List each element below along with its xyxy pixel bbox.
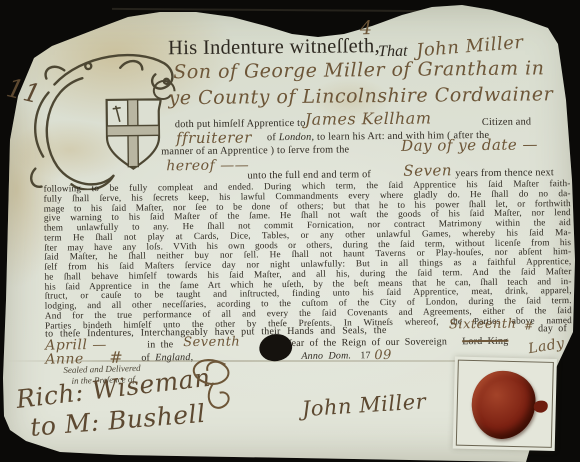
photo-backdrop: 11 4 His Indenture witneſſeth, That John… xyxy=(0,0,580,462)
term-years-hand: Seven xyxy=(403,161,452,180)
unto-term-text: unto the full end and term of xyxy=(247,169,371,181)
lady-hand: Lady xyxy=(527,335,566,357)
reign-text: Year of the Reign of our Sovereign xyxy=(285,336,447,349)
trade-name: ffruiterer xyxy=(176,128,252,147)
master-name: James Kellham xyxy=(305,109,432,129)
regnal-year-hand: Seventh xyxy=(183,335,240,351)
indenture-opening-text: His Indenture witneſſeth, xyxy=(168,35,380,60)
year-print: 17 xyxy=(360,350,371,361)
day-word-hand: Sixteenth xyxy=(449,317,517,333)
margin-tally-marks: 11 xyxy=(4,73,44,110)
apprentice-signature: John Miller xyxy=(301,389,427,421)
of-word: of xyxy=(267,132,276,143)
hand-line-parentage: Son of George Miller of Grantham in xyxy=(173,57,544,83)
anno-dom-text: Anno Dom. xyxy=(301,350,351,362)
hand-line-county: ye County of Lincolnshire Cordwainer xyxy=(168,83,553,109)
struck-lord-king: Lord King xyxy=(462,336,508,347)
hereof-hand: hereof —— xyxy=(166,157,249,174)
manner-apprentice-text: manner of an Apprentice ) to ſerve from … xyxy=(161,144,349,157)
pen-flourish xyxy=(179,352,246,423)
from-date-hand: Day of ye date — xyxy=(401,135,538,154)
year-hand: 09 xyxy=(374,348,392,363)
document-content: 11 4 His Indenture witneſſeth, That John… xyxy=(0,0,580,462)
in-the-text: in the xyxy=(147,339,173,350)
caret-mark-1: # xyxy=(524,319,534,332)
thence-next-text: years from thence next xyxy=(455,167,554,179)
seal-paper-square xyxy=(453,357,557,451)
covenant-paragraph: following to be fully compleat and ended… xyxy=(44,180,573,332)
of-word-2: of xyxy=(141,352,150,363)
day-of-text: day of xyxy=(538,323,567,334)
london-word: London, xyxy=(279,132,315,143)
citizen-and-text: Citizen and xyxy=(482,116,532,128)
